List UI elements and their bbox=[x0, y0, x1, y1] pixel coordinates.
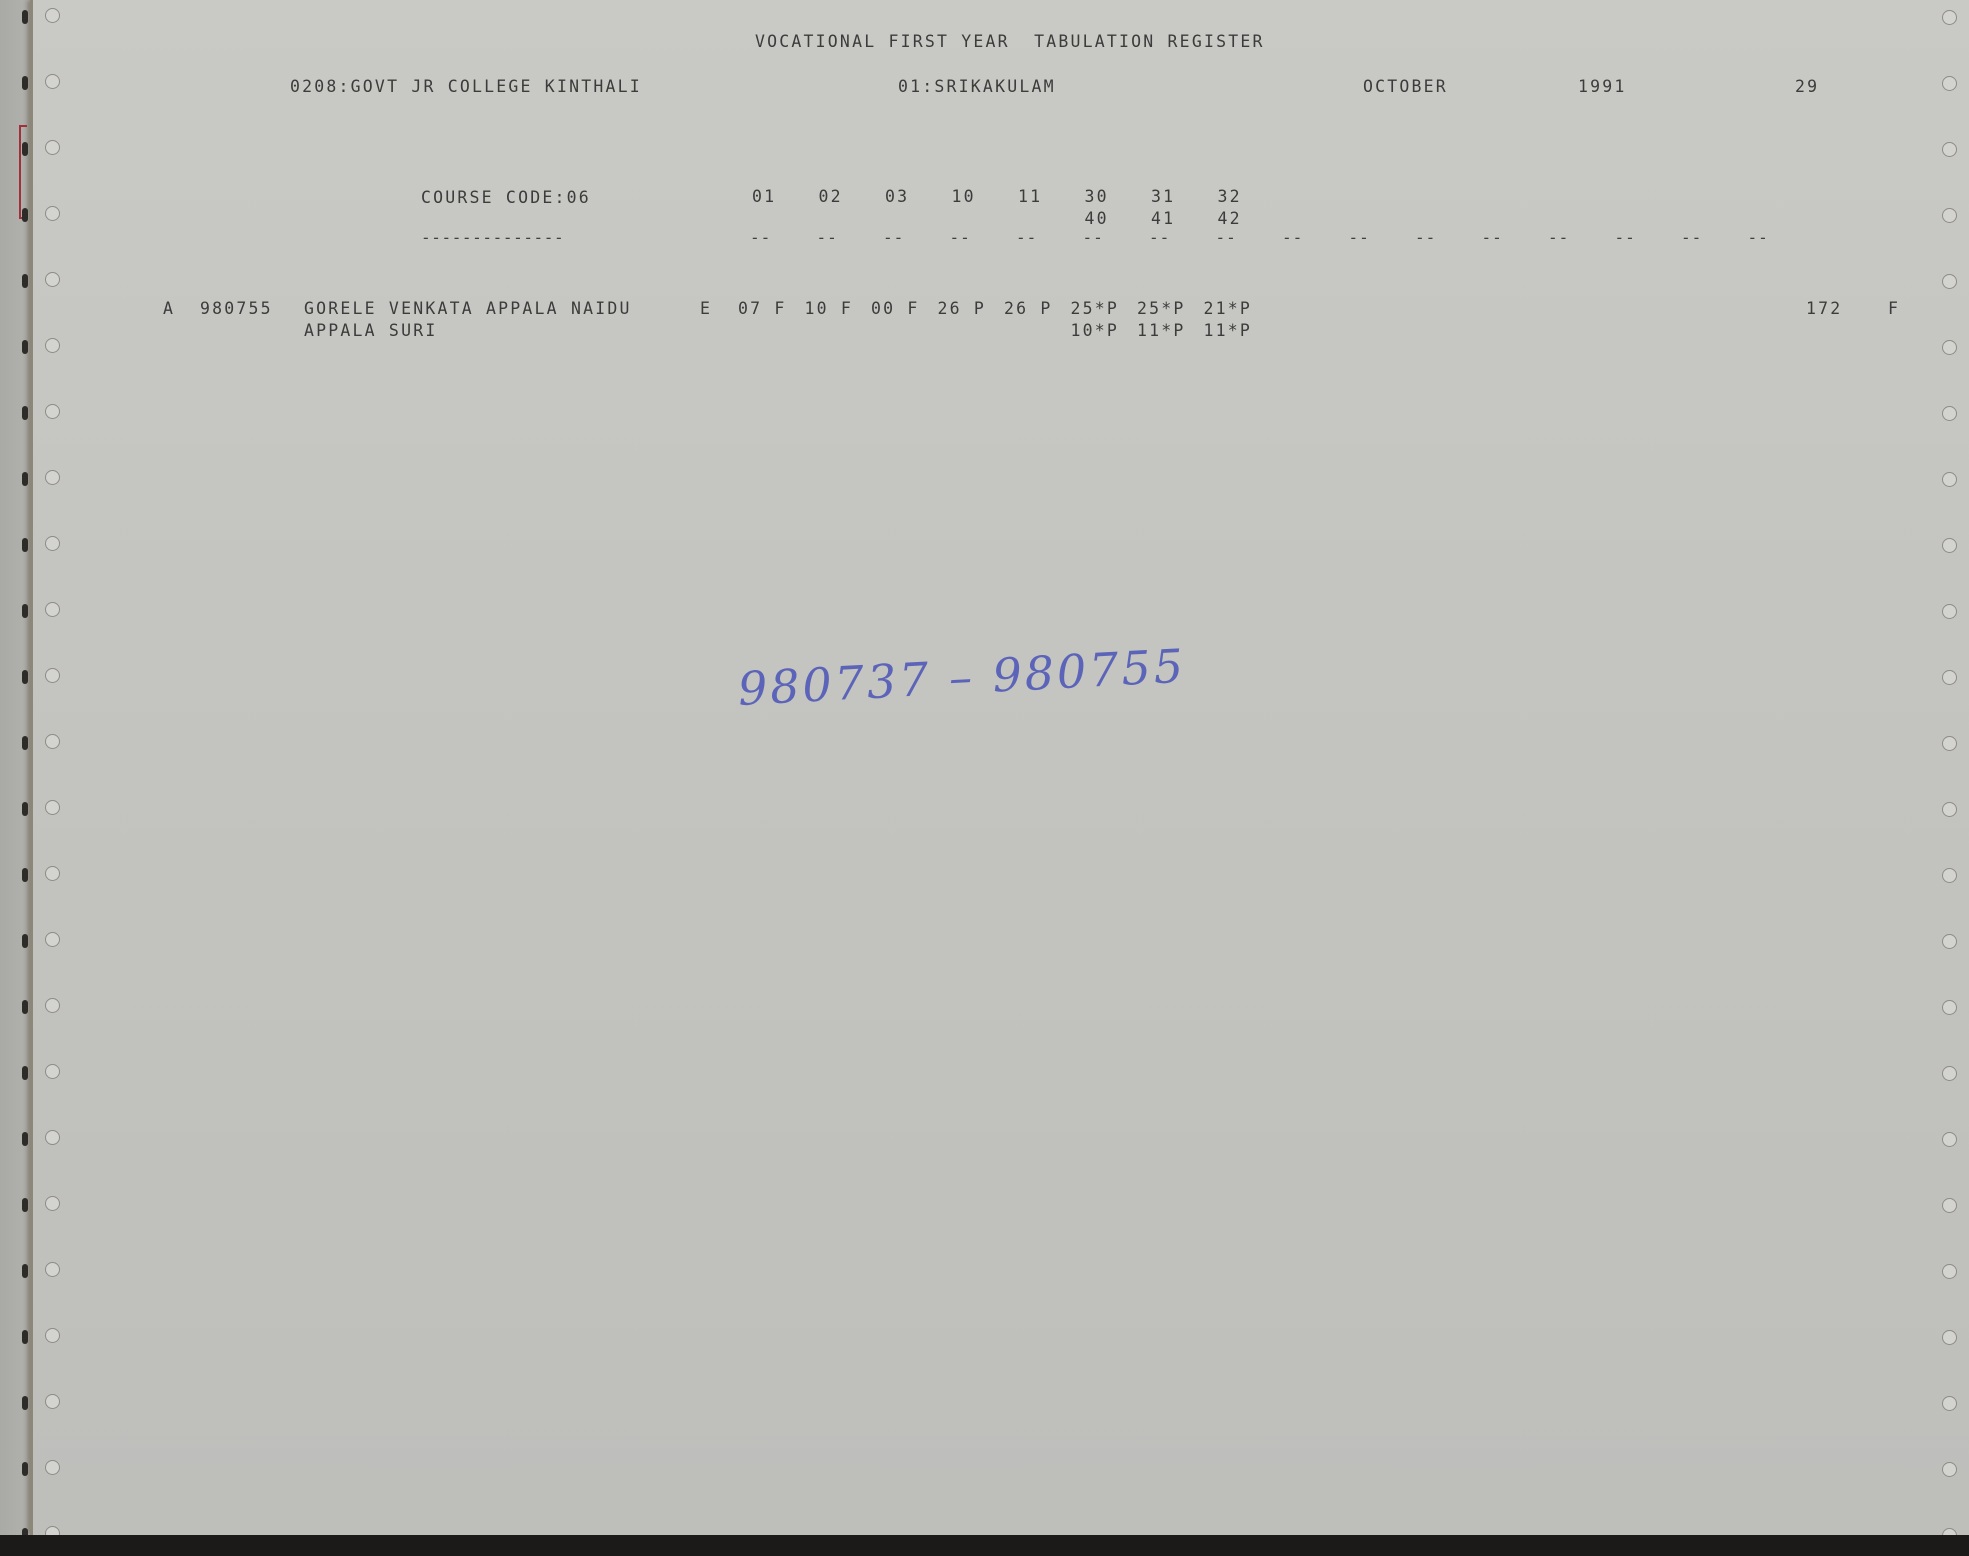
sprocket-hole bbox=[45, 1064, 60, 1079]
sprocket-hole bbox=[1942, 1330, 1957, 1345]
subject-mark: 25*P bbox=[1137, 301, 1186, 318]
binder-tab bbox=[22, 1462, 28, 1476]
hall-ticket-number: 980755 bbox=[200, 301, 273, 318]
sprocket-hole bbox=[45, 1262, 60, 1277]
column-dash: -- bbox=[950, 230, 971, 246]
sprocket-hole bbox=[1942, 736, 1957, 751]
college-name: 0208:GOVT JR COLLEGE KINTHALI bbox=[290, 79, 642, 96]
subject-code-header: 10 bbox=[952, 189, 976, 206]
binder-tab bbox=[22, 1264, 28, 1278]
column-dash: -- bbox=[1282, 230, 1303, 246]
sprocket-hole bbox=[1942, 1462, 1957, 1477]
column-dash: -- bbox=[1083, 230, 1104, 246]
sprocket-hole bbox=[45, 338, 60, 353]
subject-mark: 00 F bbox=[871, 301, 920, 318]
sprocket-hole bbox=[45, 1460, 60, 1475]
subject-mark-secondary: 11*P bbox=[1137, 323, 1186, 340]
subject-code-header-secondary: 40 bbox=[1085, 211, 1109, 228]
sprocket-hole bbox=[45, 866, 60, 881]
table-surface bbox=[0, 1535, 1969, 1556]
subject-mark-secondary: 10*P bbox=[1071, 323, 1120, 340]
exam-month: OCTOBER bbox=[1363, 79, 1448, 96]
sprocket-hole bbox=[1942, 10, 1957, 25]
sprocket-hole bbox=[1942, 472, 1957, 487]
sprocket-hole bbox=[1942, 604, 1957, 619]
sprocket-hole bbox=[1942, 1198, 1957, 1213]
binder-tab bbox=[22, 868, 28, 882]
sprocket-hole bbox=[45, 74, 60, 89]
binder-tab bbox=[22, 142, 28, 156]
sprocket-hole bbox=[45, 470, 60, 485]
column-dash: -- bbox=[1482, 230, 1503, 246]
sprocket-hole bbox=[45, 998, 60, 1013]
district-name: 01:SRIKAKULAM bbox=[898, 79, 1056, 96]
subject-code-header: 32 bbox=[1218, 189, 1242, 206]
column-dash: -- bbox=[1548, 230, 1569, 246]
sprocket-hole bbox=[1942, 1066, 1957, 1081]
register-title: VOCATIONAL FIRST YEAR TABULATION REGISTE… bbox=[755, 34, 1265, 51]
sprocket-hole bbox=[45, 404, 60, 419]
sprocket-hole bbox=[45, 668, 60, 683]
column-dash: -- bbox=[1216, 230, 1237, 246]
red-pen-bracket bbox=[19, 125, 27, 219]
sprocket-hole bbox=[45, 206, 60, 221]
exam-year: 1991 bbox=[1578, 79, 1627, 96]
result-status: F bbox=[1888, 301, 1900, 318]
column-dash: -- bbox=[1349, 230, 1370, 246]
subject-mark: 21*P bbox=[1204, 301, 1253, 318]
course-code-label: COURSE CODE:06 bbox=[421, 190, 591, 207]
sprocket-hole bbox=[1942, 142, 1957, 157]
binder-tab bbox=[22, 1000, 28, 1014]
sprocket-hole bbox=[1942, 934, 1957, 949]
sprocket-hole bbox=[1942, 538, 1957, 553]
sprocket-hole bbox=[1942, 274, 1957, 289]
binder-tab bbox=[22, 1198, 28, 1212]
subject-code-header: 03 bbox=[885, 189, 909, 206]
sprocket-hole bbox=[45, 932, 60, 947]
binder-tab bbox=[22, 604, 28, 618]
column-dash: -- bbox=[1748, 230, 1769, 246]
subject-code-header: 30 bbox=[1085, 189, 1109, 206]
sprocket-hole bbox=[1942, 76, 1957, 91]
subject-mark: 25*P bbox=[1071, 301, 1120, 318]
binder-tab bbox=[22, 340, 28, 354]
binder-tab bbox=[22, 274, 28, 288]
binder-tab bbox=[22, 736, 28, 750]
father-name: APPALA SURI bbox=[304, 323, 437, 340]
binder-tab bbox=[22, 538, 28, 552]
sprocket-hole bbox=[1942, 406, 1957, 421]
subject-mark: 10 F bbox=[805, 301, 854, 318]
sprocket-hole bbox=[1942, 1396, 1957, 1411]
sprocket-hole bbox=[45, 536, 60, 551]
binder-tab bbox=[22, 10, 28, 24]
status-flag: A bbox=[163, 301, 175, 318]
sprocket-hole bbox=[45, 1394, 60, 1409]
sprocket-hole bbox=[1942, 1132, 1957, 1147]
medium-code: E bbox=[700, 301, 712, 318]
binder-tab bbox=[22, 934, 28, 948]
column-dash: -- bbox=[1016, 230, 1037, 246]
sprocket-hole bbox=[45, 734, 60, 749]
sprocket-hole bbox=[1942, 670, 1957, 685]
subject-code-header: 01 bbox=[752, 189, 776, 206]
subject-code-header: 11 bbox=[1018, 189, 1042, 206]
sprocket-hole bbox=[1942, 208, 1957, 223]
binder-tab bbox=[22, 802, 28, 816]
binder-tab bbox=[22, 1066, 28, 1080]
sprocket-hole bbox=[45, 1328, 60, 1343]
column-dash: -- bbox=[1615, 230, 1636, 246]
sprocket-hole bbox=[45, 272, 60, 287]
binder-tab bbox=[22, 1132, 28, 1146]
subject-mark: 07 F bbox=[738, 301, 787, 318]
column-dash: -- bbox=[1149, 230, 1170, 246]
binder-tab bbox=[22, 1330, 28, 1344]
subject-mark: 26 P bbox=[1004, 301, 1053, 318]
binder-tab bbox=[22, 208, 28, 222]
column-dash: -- bbox=[750, 230, 771, 246]
course-code-underline: -------------- bbox=[421, 230, 564, 246]
sprocket-hole bbox=[45, 800, 60, 815]
sprocket-hole bbox=[45, 1130, 60, 1145]
total-marks: 172 bbox=[1806, 301, 1842, 318]
binder-tab bbox=[22, 76, 28, 90]
sprocket-hole bbox=[1942, 802, 1957, 817]
binder-tab bbox=[22, 472, 28, 486]
binder-tab bbox=[22, 670, 28, 684]
sprocket-hole bbox=[1942, 340, 1957, 355]
binder-tab bbox=[22, 1396, 28, 1410]
subject-code-header-secondary: 42 bbox=[1218, 211, 1242, 228]
column-dash: -- bbox=[1681, 230, 1702, 246]
sprocket-hole bbox=[1942, 1000, 1957, 1015]
subject-code-header-secondary: 41 bbox=[1151, 211, 1175, 228]
printout-sheet bbox=[30, 0, 1969, 1535]
binder-tab bbox=[22, 406, 28, 420]
subject-mark-secondary: 11*P bbox=[1204, 323, 1253, 340]
subject-mark: 26 P bbox=[938, 301, 987, 318]
sprocket-hole bbox=[45, 8, 60, 23]
page-number: 29 bbox=[1795, 79, 1819, 96]
student-name: GORELE VENKATA APPALA NAIDU bbox=[304, 301, 632, 318]
column-dash: -- bbox=[817, 230, 838, 246]
column-dash: -- bbox=[883, 230, 904, 246]
subject-code-header: 02 bbox=[819, 189, 843, 206]
sprocket-hole bbox=[45, 602, 60, 617]
subject-code-header: 31 bbox=[1151, 189, 1175, 206]
sprocket-hole bbox=[1942, 868, 1957, 883]
column-dash: -- bbox=[1415, 230, 1436, 246]
sprocket-hole bbox=[45, 1196, 60, 1211]
sprocket-hole bbox=[1942, 1264, 1957, 1279]
sprocket-hole bbox=[45, 140, 60, 155]
